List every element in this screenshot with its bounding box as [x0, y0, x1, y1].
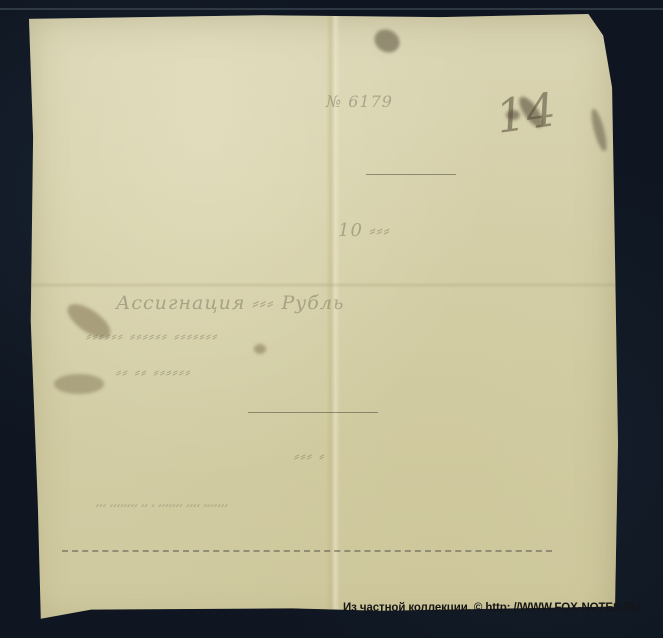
script-line-6: ⸗⸗⸗ ⸗	[294, 446, 325, 466]
background-edge-line	[0, 8, 663, 10]
dashed-rule-bottom	[62, 550, 552, 552]
stain-top-center	[370, 25, 404, 57]
rule-top	[366, 174, 456, 175]
script-line-7: ⸗⸗⸗ ⸗⸗⸗⸗⸗⸗⸗⸗ ⸗⸗ ⸗ ⸗⸗⸗⸗⸗⸗⸗ ⸗⸗⸗⸗ ⸗⸗⸗⸗⸗⸗⸗	[96, 500, 228, 511]
script-line-5: ⸗⸗ ⸗⸗ ⸗⸗⸗⸗⸗⸗	[116, 362, 191, 382]
script-line-serial: № 6179	[326, 92, 393, 111]
script-line-2: 10 ⸗⸗⸗	[338, 220, 391, 241]
horizontal-fold-crease	[26, 282, 618, 288]
watermark-credit: Из частной коллекции. © http: //WWW.FOX-…	[343, 602, 640, 614]
banknote-paper: № 6179 14 10 ⸗⸗⸗ Ассигнация ⸗⸗⸗ Рубль ⸗⸗…	[26, 14, 618, 628]
script-line-3: Ассигнация ⸗⸗⸗ Рубль	[116, 292, 344, 315]
rule-middle	[248, 412, 378, 413]
top-right-numeral: 14	[493, 82, 560, 144]
stain-left-2	[54, 374, 104, 394]
stain-mid	[254, 344, 266, 354]
stain-top-right-3	[588, 107, 609, 152]
script-line-4: ⸗⸗⸗⸗⸗⸗ ⸗⸗⸗⸗⸗⸗ ⸗⸗⸗⸗⸗⸗⸗	[86, 326, 218, 346]
